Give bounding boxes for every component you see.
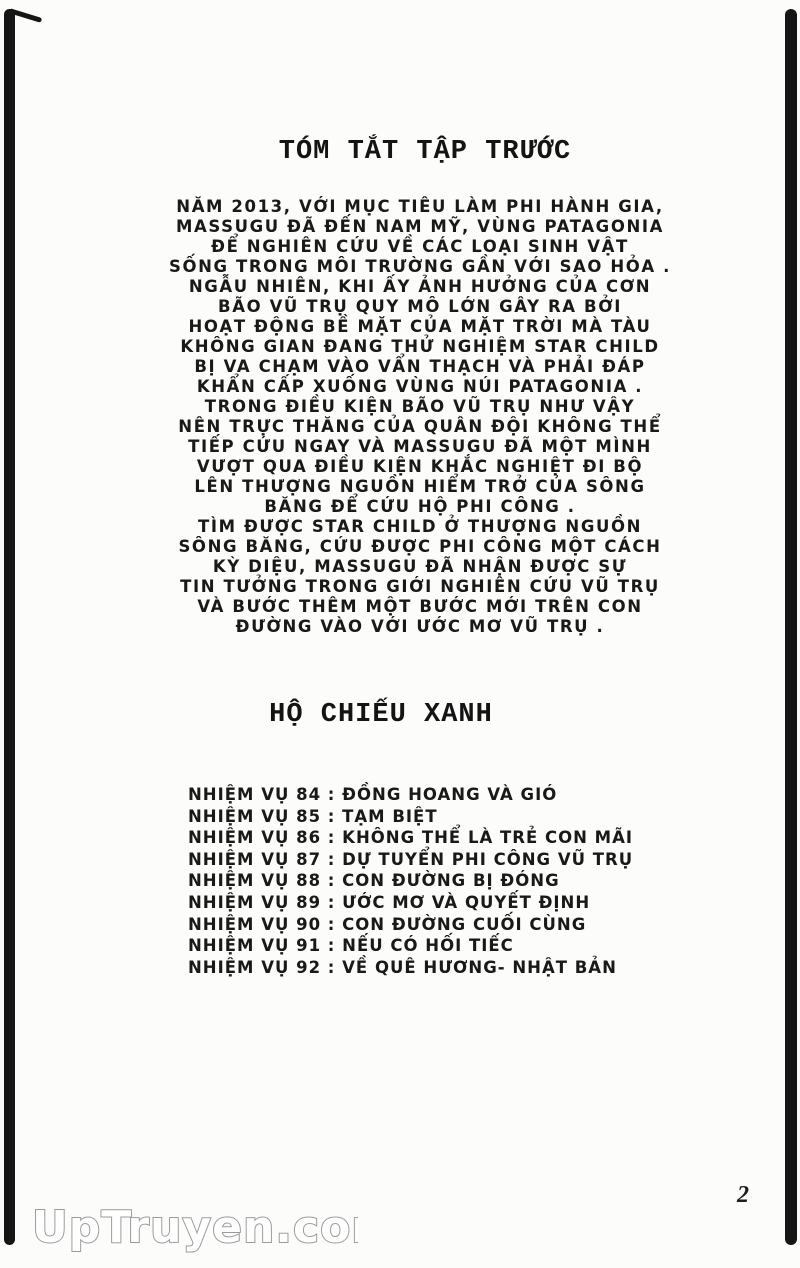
summary-line: VƯỢT QUA ĐIỀU KIỆN KHẮC NGHIỆT ĐI BỘ bbox=[60, 457, 780, 477]
summary-line: BÃO VŨ TRỤ QUY MÔ LỚN GÂY RA BỞI bbox=[60, 297, 780, 317]
summary-line: KHẨN CẤP XUỐNG VÙNG NÚI PATAGONIA . bbox=[60, 377, 780, 397]
summary-line: NĂM 2013, VỚI MỤC TIÊU LÀM PHI HÀNH GIA, bbox=[60, 197, 780, 217]
summary-line: TRONG ĐIỀU KIỆN BÃO VŨ TRỤ NHƯ VẬY bbox=[60, 397, 780, 417]
summary-line: BĂNG ĐỂ CỨU HỘ PHI CÔNG . bbox=[60, 497, 780, 517]
page-number: 2 bbox=[737, 1182, 749, 1209]
summary-line: ĐỂ NGHIÊN CỨU VỀ CÁC LOẠI SINH VẬT bbox=[60, 237, 780, 257]
summary-line: NÊN TRỰC THĂNG CỦA QUÂN ĐỘI KHÔNG THỂ bbox=[60, 417, 780, 437]
scan-edge-left bbox=[4, 9, 15, 1245]
mission-item: NHIỆM VỤ 90 : CON ĐƯỜNG CUỐI CÙNG bbox=[188, 914, 790, 936]
scan-edge-right bbox=[785, 9, 797, 1245]
volume-summary: NĂM 2013, VỚI MỤC TIÊU LÀM PHI HÀNH GIA,… bbox=[60, 197, 780, 637]
summary-line: TIN TƯỞNG TRONG GIỚI NGHIÊN CỨU VŨ TRỤ bbox=[60, 577, 780, 597]
summary-line: HOẠT ĐỘNG BỀ MẶT CỦA MẶT TRỜI MÀ TÀU bbox=[60, 317, 780, 337]
watermark-text: UpTruyen.com bbox=[32, 1202, 358, 1253]
summary-line: KỲ DIỆU, MASSUGU ĐÃ NHẬN ĐƯỢC SỰ bbox=[60, 557, 780, 577]
mission-item: NHIỆM VỤ 91 : NẾU CÓ HỐI TIẾC bbox=[188, 935, 790, 957]
mission-item: NHIỆM VỤ 88 : CON ĐƯỜNG BỊ ĐÓNG bbox=[188, 870, 790, 892]
mission-item: NHIỆM VỤ 86 : KHÔNG THỂ LÀ TRẺ CON MÃI bbox=[188, 827, 790, 849]
summary-line: NGẪU NHIÊN, KHI ẤY ẢNH HƯỞNG CỦA CƠN bbox=[60, 277, 780, 297]
summary-line: TÌM ĐƯỢC STAR CHILD Ở THƯỢNG NGUỒN bbox=[60, 517, 780, 537]
summary-line: BỊ VA CHẠM VÀO VẨN THẠCH VÀ PHẢI ĐÁP bbox=[60, 357, 780, 377]
summary-line: SỐNG TRONG MÔI TRƯỜNG GẦN VỚI SAO HỎA . bbox=[60, 257, 780, 277]
mission-list: NHIỆM VỤ 84 : ĐỒNG HOANG VÀ GIÓ NHIỆM VỤ… bbox=[188, 784, 790, 978]
mission-item: NHIỆM VỤ 87 : DỰ TUYỂN PHI CÔNG VŨ TRỤ bbox=[188, 849, 790, 871]
mission-item: NHIỆM VỤ 85 : TẠM BIỆT bbox=[188, 806, 790, 828]
summary-line: SÔNG BĂNG, CỨU ĐƯỢC PHI CÔNG MỘT CÁCH bbox=[60, 537, 780, 557]
summary-line: VÀ BƯỚC THÊM MỘT BƯỚC MỚI TRÊN CON bbox=[60, 597, 780, 617]
summary-line: MASSUGU ĐÃ ĐẾN NAM MỸ, VÙNG PATAGONIA bbox=[60, 217, 780, 237]
summary-line: KHÔNG GIAN ĐANG THỬ NGHIỆM STAR CHILD bbox=[60, 337, 780, 357]
mission-item: NHIỆM VỤ 92 : VỀ QUÊ HƯƠNG- NHẬT BẢN bbox=[188, 957, 790, 979]
watermark: UpTruyen.com bbox=[28, 1198, 358, 1258]
manga-recap-page: TÓM TẮT TẬP TRƯỚC NĂM 2013, VỚI MỤC TIÊU… bbox=[0, 0, 800, 1268]
summary-line: LÊN THƯỢNG NGUỒN HIỂM TRỞ CỦA SÔNG bbox=[60, 477, 780, 497]
section-title: HỘ CHIẾU XANH bbox=[0, 700, 762, 730]
summary-line: ĐƯỜNG VÀO VỚI ƯỚC MƠ VŨ TRỤ . bbox=[60, 617, 780, 637]
mission-item: NHIỆM VỤ 89 : ƯỚC MƠ VÀ QUYẾT ĐỊNH bbox=[188, 892, 790, 914]
summary-line: TIẾP CỨU NGAY VÀ MASSUGU ĐÃ MỘT MÌNH bbox=[60, 437, 780, 457]
page-title: TÓM TẮT TẬP TRƯỚC bbox=[50, 137, 800, 167]
mission-item: NHIỆM VỤ 84 : ĐỒNG HOANG VÀ GIÓ bbox=[188, 784, 790, 806]
